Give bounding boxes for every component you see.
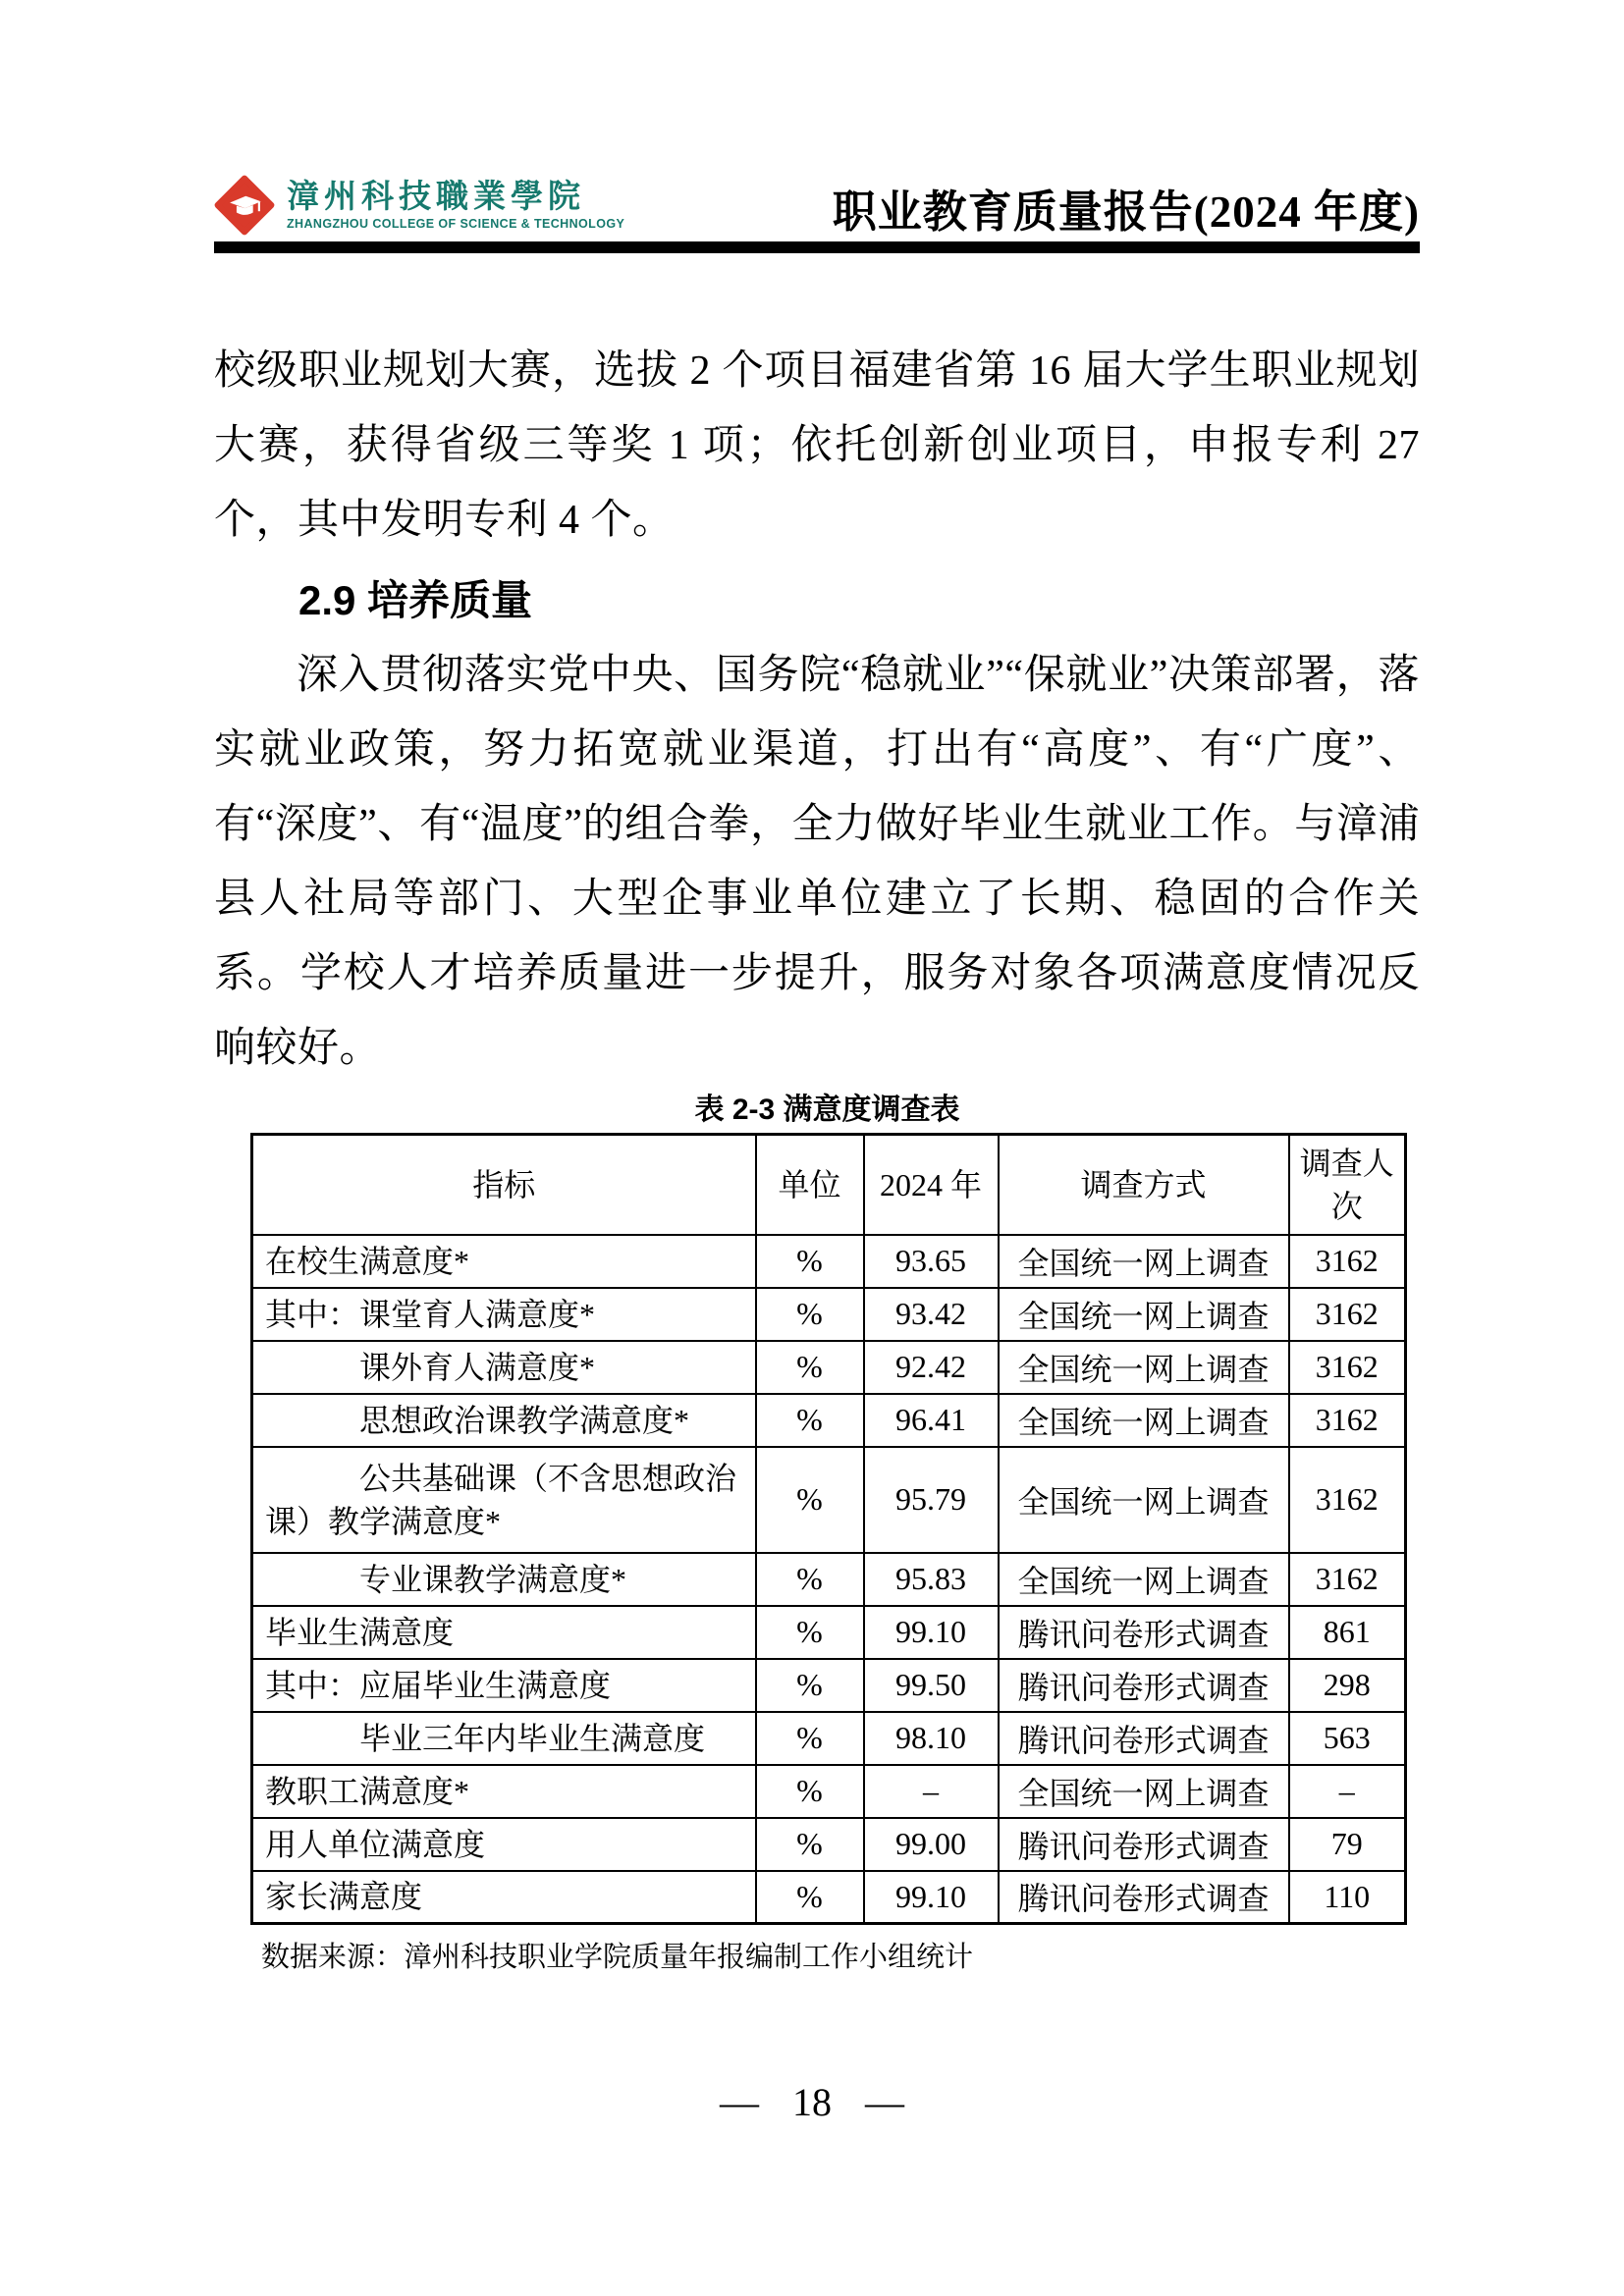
table-row: 教职工满意度* % – 全国统一网上调查 – (252, 1765, 1406, 1818)
table-row: 家长满意度 % 99.10 腾讯问卷形式调查 110 (252, 1871, 1406, 1924)
cell-value: 93.42 (864, 1288, 999, 1341)
paragraph-employment: 深入贯彻落实党中央、国务院“稳就业”“保就业”决策部署，落实就业政策，努力拓宽就… (214, 638, 1420, 1086)
table-row: 毕业生满意度 % 99.10 腾讯问卷形式调查 861 (252, 1606, 1406, 1659)
college-name-chinese: 漳州科技職業學院 (287, 179, 624, 216)
table-row: 毕业三年内毕业生满意度 % 98.10 腾讯问卷形式调查 563 (252, 1712, 1406, 1765)
cell-indicator: 在校生满意度* (252, 1235, 756, 1288)
college-logo: 漳州科技職業學院 ZHANGZHOU COLLEGE OF SCIENCE & … (214, 175, 624, 236)
cell-value: 98.10 (864, 1712, 999, 1765)
cell-unit: % (756, 1553, 864, 1606)
page-header: 漳州科技職業學院 ZHANGZHOU COLLEGE OF SCIENCE & … (214, 0, 1420, 236)
cell-count: 3162 (1289, 1341, 1406, 1394)
cell-indicator: 用人单位满意度 (252, 1818, 756, 1871)
table-row: 思想政治课教学满意度* % 96.41 全国统一网上调查 3162 (252, 1394, 1406, 1447)
graduation-cap-logo-icon (214, 175, 275, 236)
page-number-dash-right: — (865, 2079, 904, 2125)
table-caption: 表 2-3 满意度调查表 (250, 1090, 1404, 1131)
cell-unit: % (756, 1765, 864, 1818)
cell-method: 腾讯问卷形式调查 (999, 1871, 1289, 1924)
cell-count: 3162 (1289, 1394, 1406, 1447)
cell-count: – (1289, 1765, 1406, 1818)
cell-value: 99.10 (864, 1606, 999, 1659)
satisfaction-survey-table: 指标 单位 2024 年 调查方式 调查人次 在校生满意度* % 93.65 全… (250, 1133, 1407, 1925)
table-header-row: 指标 单位 2024 年 调查方式 调查人次 (252, 1135, 1406, 1235)
cell-indicator: 思想政治课教学满意度* (252, 1394, 756, 1447)
cell-indicator: 公共基础课（不含思想政治课）教学满意度* (252, 1447, 756, 1553)
cell-value: 99.00 (864, 1818, 999, 1871)
page-number-dash-left: — (720, 2079, 759, 2125)
cell-count: 3162 (1289, 1235, 1406, 1288)
table-row: 其中：课堂育人满意度* % 93.42 全国统一网上调查 3162 (252, 1288, 1406, 1341)
table-row: 用人单位满意度 % 99.00 腾讯问卷形式调查 79 (252, 1818, 1406, 1871)
cell-method: 腾讯问卷形式调查 (999, 1606, 1289, 1659)
cell-unit: % (756, 1659, 864, 1712)
cell-method: 腾讯问卷形式调查 (999, 1659, 1289, 1712)
table-row: 课外育人满意度* % 92.42 全国统一网上调查 3162 (252, 1341, 1406, 1394)
cell-method: 全国统一网上调查 (999, 1394, 1289, 1447)
college-name-english: ZHANGZHOU COLLEGE OF SCIENCE & TECHNOLOG… (287, 216, 624, 232)
header-method: 调查方式 (999, 1135, 1289, 1235)
header-unit: 单位 (756, 1135, 864, 1235)
cell-value: 99.10 (864, 1871, 999, 1924)
cell-count: 110 (1289, 1871, 1406, 1924)
cell-value: 99.50 (864, 1659, 999, 1712)
paragraph-competition: 校级职业规划大赛，选拔 2 个项目福建省第 16 届大学生职业规划大赛，获得省级… (214, 334, 1420, 558)
cell-value: 95.79 (864, 1447, 999, 1553)
table-row: 其中：应届毕业生满意度 % 99.50 腾讯问卷形式调查 298 (252, 1659, 1406, 1712)
table-source-note: 数据来源：漳州科技职业学院质量年报编制工作小组统计 (261, 1939, 1420, 1976)
section-heading-2-9: 2.9 培养质量 (214, 563, 1420, 638)
cell-indicator: 课外育人满意度* (252, 1341, 756, 1394)
cell-value: 95.83 (864, 1553, 999, 1606)
cell-count: 298 (1289, 1659, 1406, 1712)
header-indicator: 指标 (252, 1135, 756, 1235)
cell-unit: % (756, 1712, 864, 1765)
cell-unit: % (756, 1447, 864, 1553)
page-number-value: 18 (792, 2080, 832, 2124)
cell-method: 全国统一网上调查 (999, 1553, 1289, 1606)
cell-indicator: 其中：应届毕业生满意度 (252, 1659, 756, 1712)
cell-indicator: 家长满意度 (252, 1871, 756, 1924)
cell-method: 腾讯问卷形式调查 (999, 1818, 1289, 1871)
cell-unit: % (756, 1288, 864, 1341)
cell-unit: % (756, 1606, 864, 1659)
cell-count: 3162 (1289, 1553, 1406, 1606)
satisfaction-table-block: 表 2-3 满意度调查表 指标 单位 2024 年 调查方式 调查人次 在校生满… (250, 1090, 1404, 1925)
cell-count: 79 (1289, 1818, 1406, 1871)
cell-value: 92.42 (864, 1341, 999, 1394)
cell-indicator: 毕业三年内毕业生满意度 (252, 1712, 756, 1765)
cell-method: 全国统一网上调查 (999, 1235, 1289, 1288)
cell-count: 563 (1289, 1712, 1406, 1765)
cell-value: – (864, 1765, 999, 1818)
cell-count: 861 (1289, 1606, 1406, 1659)
cell-indicator: 专业课教学满意度* (252, 1553, 756, 1606)
report-page: 漳州科技職業學院 ZHANGZHOU COLLEGE OF SCIENCE & … (0, 0, 1624, 2296)
page-number: —18— (0, 2079, 1624, 2125)
cell-unit: % (756, 1235, 864, 1288)
cell-method: 全国统一网上调查 (999, 1447, 1289, 1553)
college-logo-text: 漳州科技職業學院 ZHANGZHOU COLLEGE OF SCIENCE & … (287, 179, 624, 232)
header-year: 2024 年 (864, 1135, 999, 1235)
cell-value: 93.65 (864, 1235, 999, 1288)
cell-method: 全国统一网上调查 (999, 1765, 1289, 1818)
cell-method: 全国统一网上调查 (999, 1341, 1289, 1394)
header-rule (214, 241, 1420, 253)
cell-indicator: 毕业生满意度 (252, 1606, 756, 1659)
table-row: 专业课教学满意度* % 95.83 全国统一网上调查 3162 (252, 1553, 1406, 1606)
table-row: 在校生满意度* % 93.65 全国统一网上调查 3162 (252, 1235, 1406, 1288)
cell-method: 腾讯问卷形式调查 (999, 1712, 1289, 1765)
report-title: 职业教育质量报告(2024 年度) (833, 187, 1420, 238)
cell-indicator: 教职工满意度* (252, 1765, 756, 1818)
cell-count: 3162 (1289, 1447, 1406, 1553)
table-row: 公共基础课（不含思想政治课）教学满意度* % 95.79 全国统一网上调查 31… (252, 1447, 1406, 1553)
cell-method: 全国统一网上调查 (999, 1288, 1289, 1341)
cell-indicator: 其中：课堂育人满意度* (252, 1288, 756, 1341)
cell-unit: % (756, 1818, 864, 1871)
header-count: 调查人次 (1289, 1135, 1406, 1235)
cell-unit: % (756, 1871, 864, 1924)
cell-unit: % (756, 1341, 864, 1394)
cell-count: 3162 (1289, 1288, 1406, 1341)
cell-unit: % (756, 1394, 864, 1447)
cell-value: 96.41 (864, 1394, 999, 1447)
